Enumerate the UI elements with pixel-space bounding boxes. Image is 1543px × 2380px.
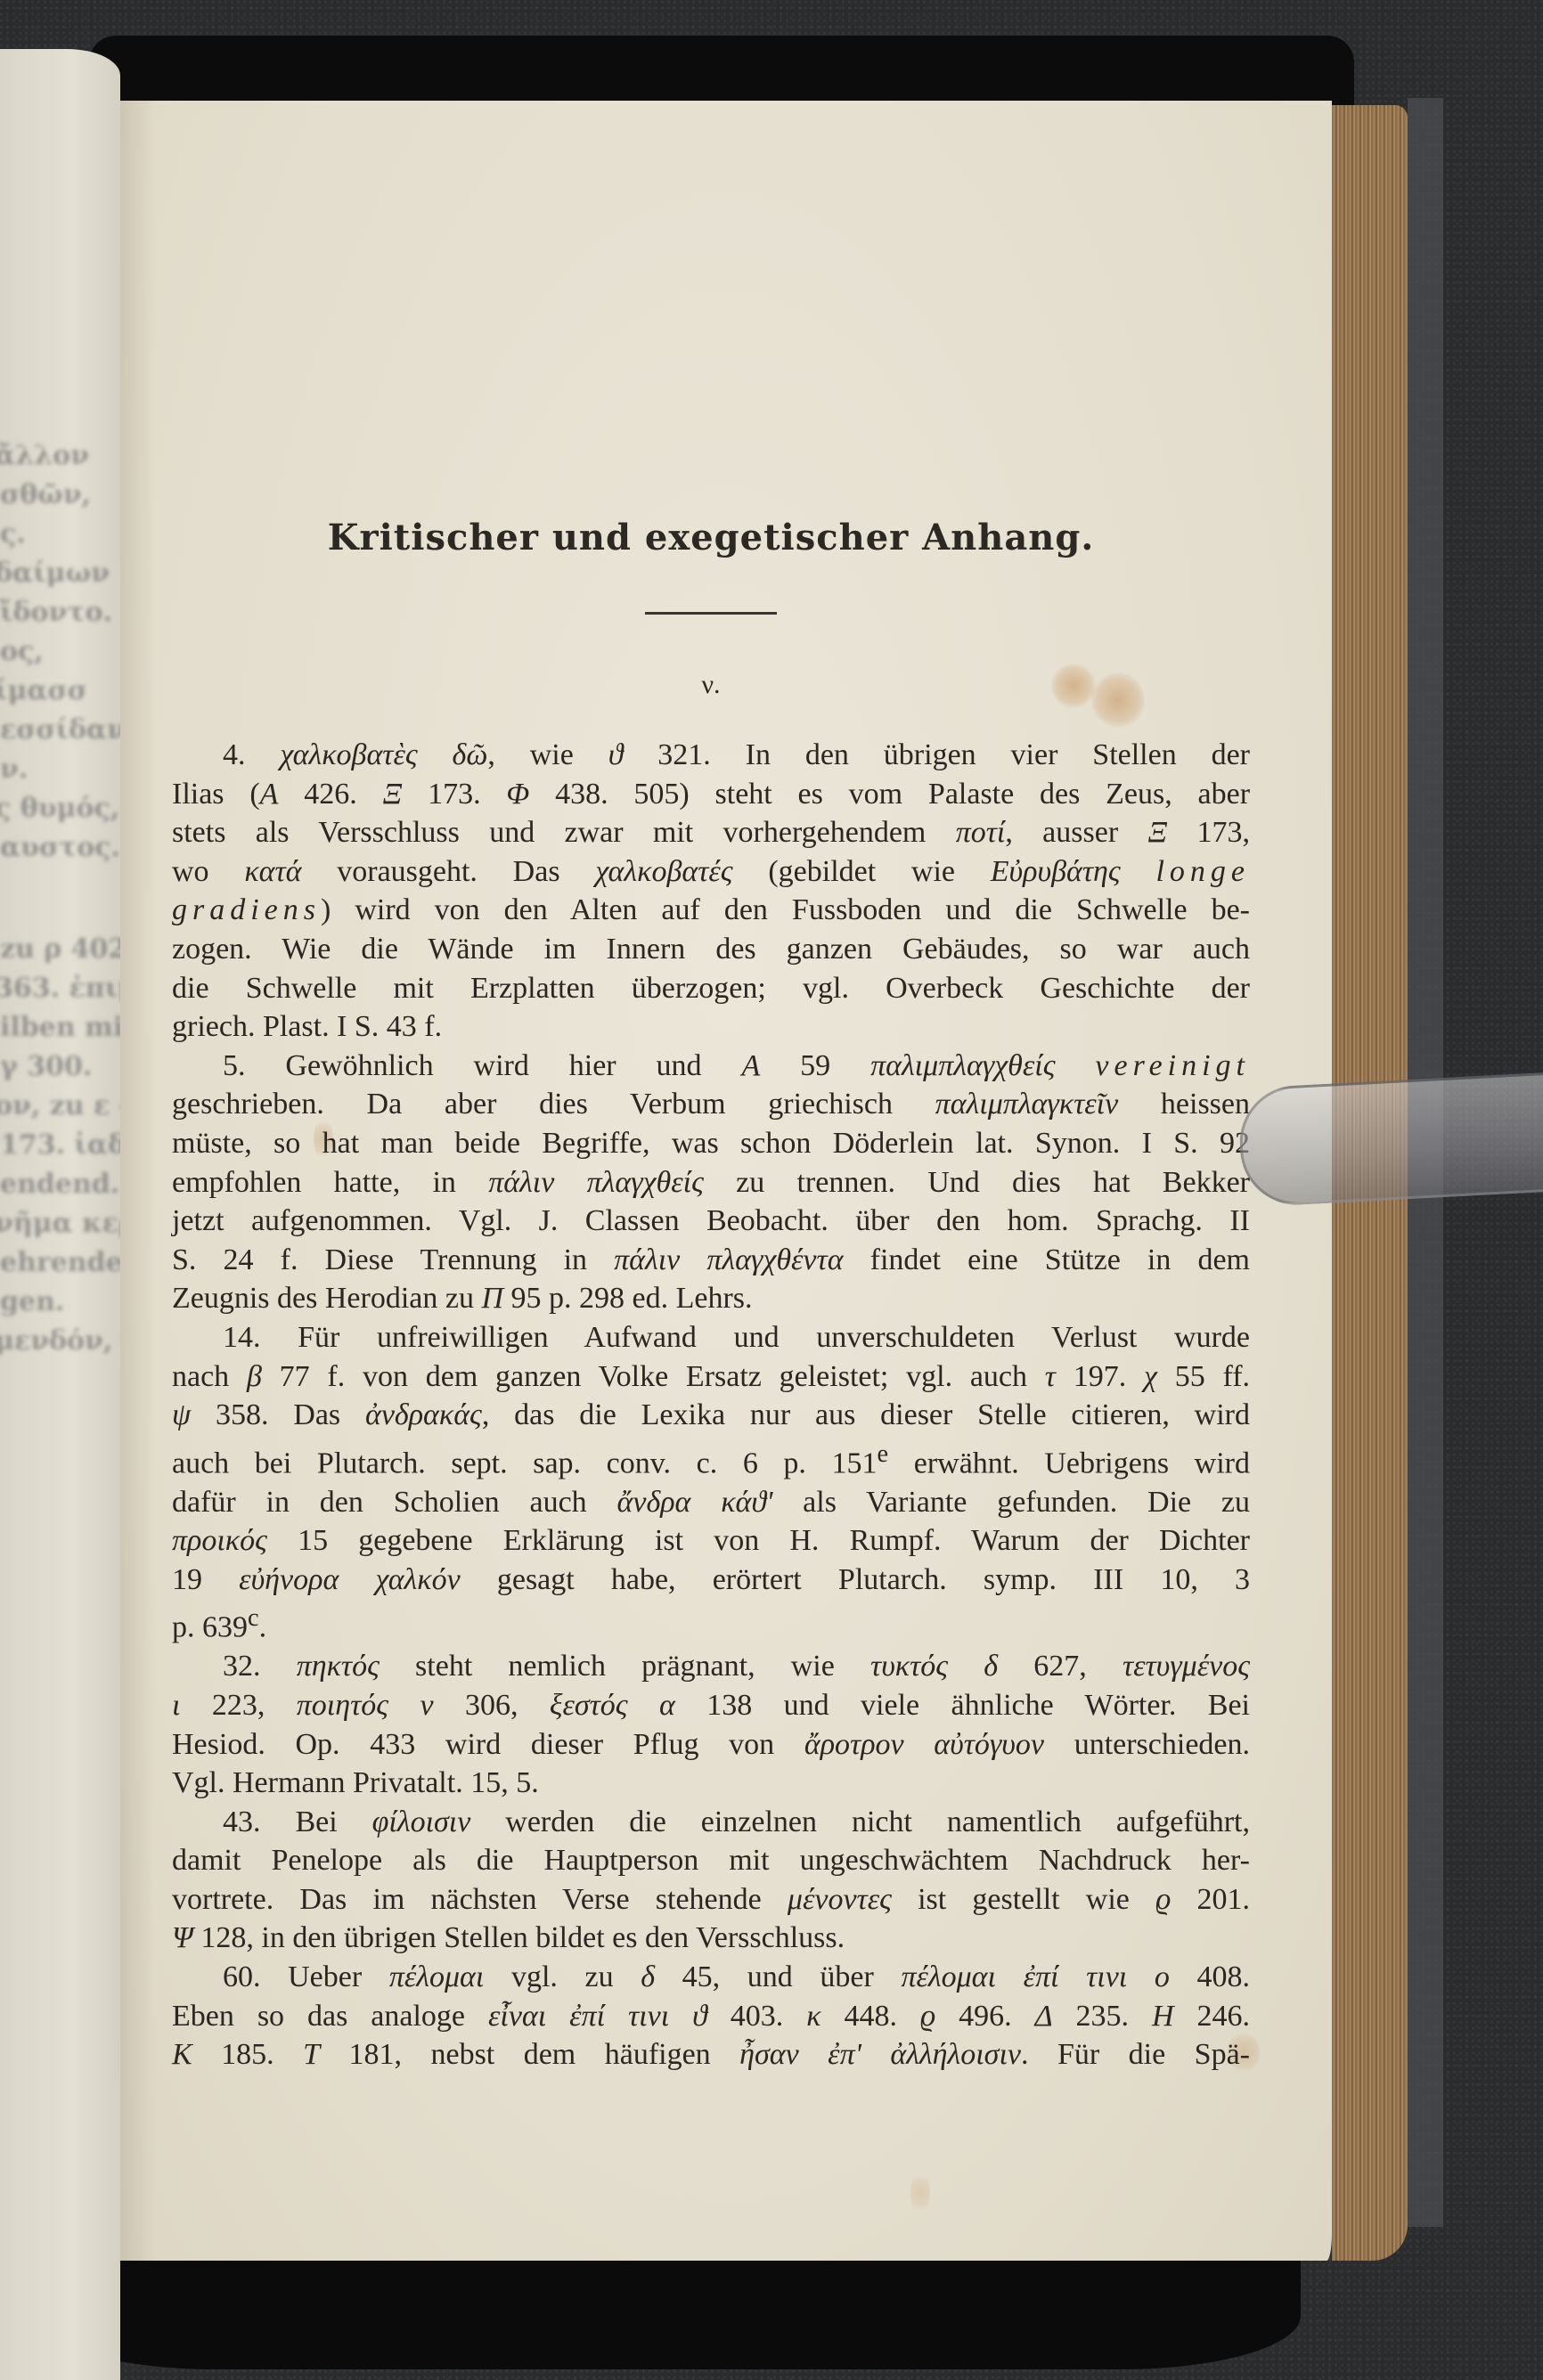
page-heading: Kritischer und exegetischer Anhang. (172, 517, 1250, 558)
note-paragraph: 14. Für unfreiwilligen Aufwand und unver… (172, 1318, 1250, 1647)
text-line: dafür in den Scholien auch ἄνδρα κάϑ' al… (172, 1483, 1250, 1522)
text-line: auch bei Plutarch. sept. sap. conv. c. 6… (172, 1435, 1250, 1483)
text-line: 19 εὐήνορα χαλκόν gesagt habe, erörtert … (172, 1561, 1250, 1600)
left-page-curled: ἄλλονσθῶν,ς.δαίμωνἴδοντο.ος,ίμασσεσσίδαν… (0, 49, 120, 2380)
note-paragraph: 4. χαλκοβατὲς δῶ, wie ϑ 321. In den übri… (172, 736, 1250, 1047)
left-page-fragment: ος, (0, 632, 120, 672)
left-page-fragment: 363. ἐπιμίξ (0, 969, 115, 1008)
left-page-fragment: γ 300. (0, 1047, 120, 1087)
text-line: S. 24 f. Diese Trennung in πάλιν πλαγχθέ… (172, 1241, 1250, 1280)
text-line: 32. πηκτός steht nemlich prägnant, wie τ… (172, 1647, 1250, 1686)
book-shadow-bottom (36, 2245, 1301, 2369)
left-page-fragment: ehrende Be (0, 1243, 120, 1283)
left-page-fragment: ς θυμός, (0, 789, 115, 828)
text-line: 4. χαλκοβατὲς δῶ, wie ϑ 321. In den übri… (172, 736, 1250, 775)
left-page-fragment: ν. (0, 750, 120, 789)
text-line: wo κατά vorausgeht. Das χαλκοβατές (gebi… (172, 852, 1250, 892)
left-page-fragment: gen. (0, 1283, 120, 1322)
text-line: die Schwelle mit Erzplatten überzogen; v… (172, 969, 1250, 1008)
text-line: gradiens) wird von den Alten auf den Fus… (172, 891, 1250, 930)
text-line: empfohlen hatte, in πάλιν πλαγχθείς zu t… (172, 1163, 1250, 1202)
text-line: nach β 77 f. von dem ganzen Volke Ersatz… (172, 1357, 1250, 1397)
text-line: damit Penelope als die Hauptperson mit u… (172, 1841, 1250, 1880)
text-line: 5. Gewöhnlich wird hier und Α 59 παλιμπλ… (172, 1047, 1250, 1086)
text-line: stets als Versschluss und zwar mit vorhe… (172, 813, 1250, 852)
left-page-fragment: νῆμα κεραίσσιν (0, 1204, 115, 1243)
text-line: Hesiod. Op. 433 wird dieser Pflug von ἄρ… (172, 1725, 1250, 1765)
left-page-fragment: zu ρ 402. (0, 930, 120, 969)
text-line: Eben so das analoge εἶναι ἐπί τινι ϑ 403… (172, 1997, 1250, 2036)
text-line: Zeugnis des Herodian zu Π 95 p. 298 ed. … (172, 1279, 1250, 1318)
left-page-fragment: σθῶν, (0, 476, 120, 515)
text-line: ψ 358. Das ἀνδρακάς, das die Lexika nur … (172, 1396, 1250, 1435)
text-line: p. 639c. (172, 1599, 1250, 1647)
left-page-fragment: ἴδοντο. (0, 593, 120, 632)
left-page-fragment: ἄλλον (0, 436, 115, 476)
text-line: 60. Ueber πέλομαι vgl. zu δ 45, und über… (172, 1958, 1250, 1997)
left-page-fragment: εσσίδαν (0, 711, 120, 750)
left-page-fragment: ilben mit (0, 1008, 120, 1047)
note-paragraph: 43. Bei φίλοισιν werden die einzelnen ni… (172, 1803, 1250, 1958)
page-content: Kritischer und exegetischer Anhang. ν. 4… (172, 517, 1250, 2074)
text-line: vortrete. Das im nächsten Verse stehende… (172, 1880, 1250, 1919)
left-page-fragment: ίμασσ (0, 672, 115, 711)
text-line: zogen. Wie die Wände im Innern des ganze… (172, 930, 1250, 969)
text-line: jetzt aufgenommen. Vgl. J. Classen Beoba… (172, 1202, 1250, 1241)
page-holder-blade (1237, 1072, 1543, 1208)
left-page-fragment: δαίμων (0, 554, 115, 593)
text-line: προικός 15 gegebene Erklärung ist von H.… (172, 1521, 1250, 1561)
left-page-fragment: ον, zu ε 402. (0, 1087, 115, 1126)
heading-rule (645, 612, 777, 615)
note-paragraph: 60. Ueber πέλομαι vgl. zu δ 45, und über… (172, 1958, 1250, 2074)
text-line: ι 223, ποιητός ν 306, ξεστός α 138 und v… (172, 1686, 1250, 1725)
text-line: geschrieben. Da aber dies Verbum griechi… (172, 1085, 1250, 1124)
left-page-fragment: 173. ἰαδότα (0, 1126, 120, 1165)
text-line: Ilias (Α 426. Ξ 173. Φ 438. 505) steht e… (172, 775, 1250, 814)
note-paragraph: 32. πηκτός steht nemlich prägnant, wie τ… (172, 1647, 1250, 1802)
text-line: Vgl. Hermann Privatalt. 15, 5. (172, 1764, 1250, 1803)
foxing-stain (910, 2172, 930, 2214)
text-line: Κ 185. Τ 181, nebst dem häufigen ἦσαν ἐπ… (172, 2035, 1250, 2074)
note-paragraph: 5. Gewöhnlich wird hier und Α 59 παλιμπλ… (172, 1047, 1250, 1318)
left-page-fragment: endend. (0, 1165, 120, 1204)
text-line: griech. Plast. I S. 43 f. (172, 1007, 1250, 1047)
text-line: 43. Bei φίλοισιν werden die einzelnen ni… (172, 1803, 1250, 1842)
text-line: Ψ 128, in den übrigen Stellen bildet es … (172, 1919, 1250, 1958)
left-page-fragment: αυστος. (0, 828, 120, 868)
page-gutter-shadow (120, 101, 156, 2261)
left-page-fragment: ς. (0, 515, 120, 554)
left-page-fragment: μενδόν, wie τ 11 (0, 1322, 115, 1361)
text-line: müste, so hat man beide Begriffe, was sc… (172, 1124, 1250, 1163)
text-line: 14. Für unfreiwilligen Aufwand und unver… (172, 1318, 1250, 1357)
commentary-body: 4. χαλκοβατὲς δῶ, wie ϑ 321. In den übri… (172, 736, 1250, 2074)
section-label: ν. (172, 670, 1250, 700)
